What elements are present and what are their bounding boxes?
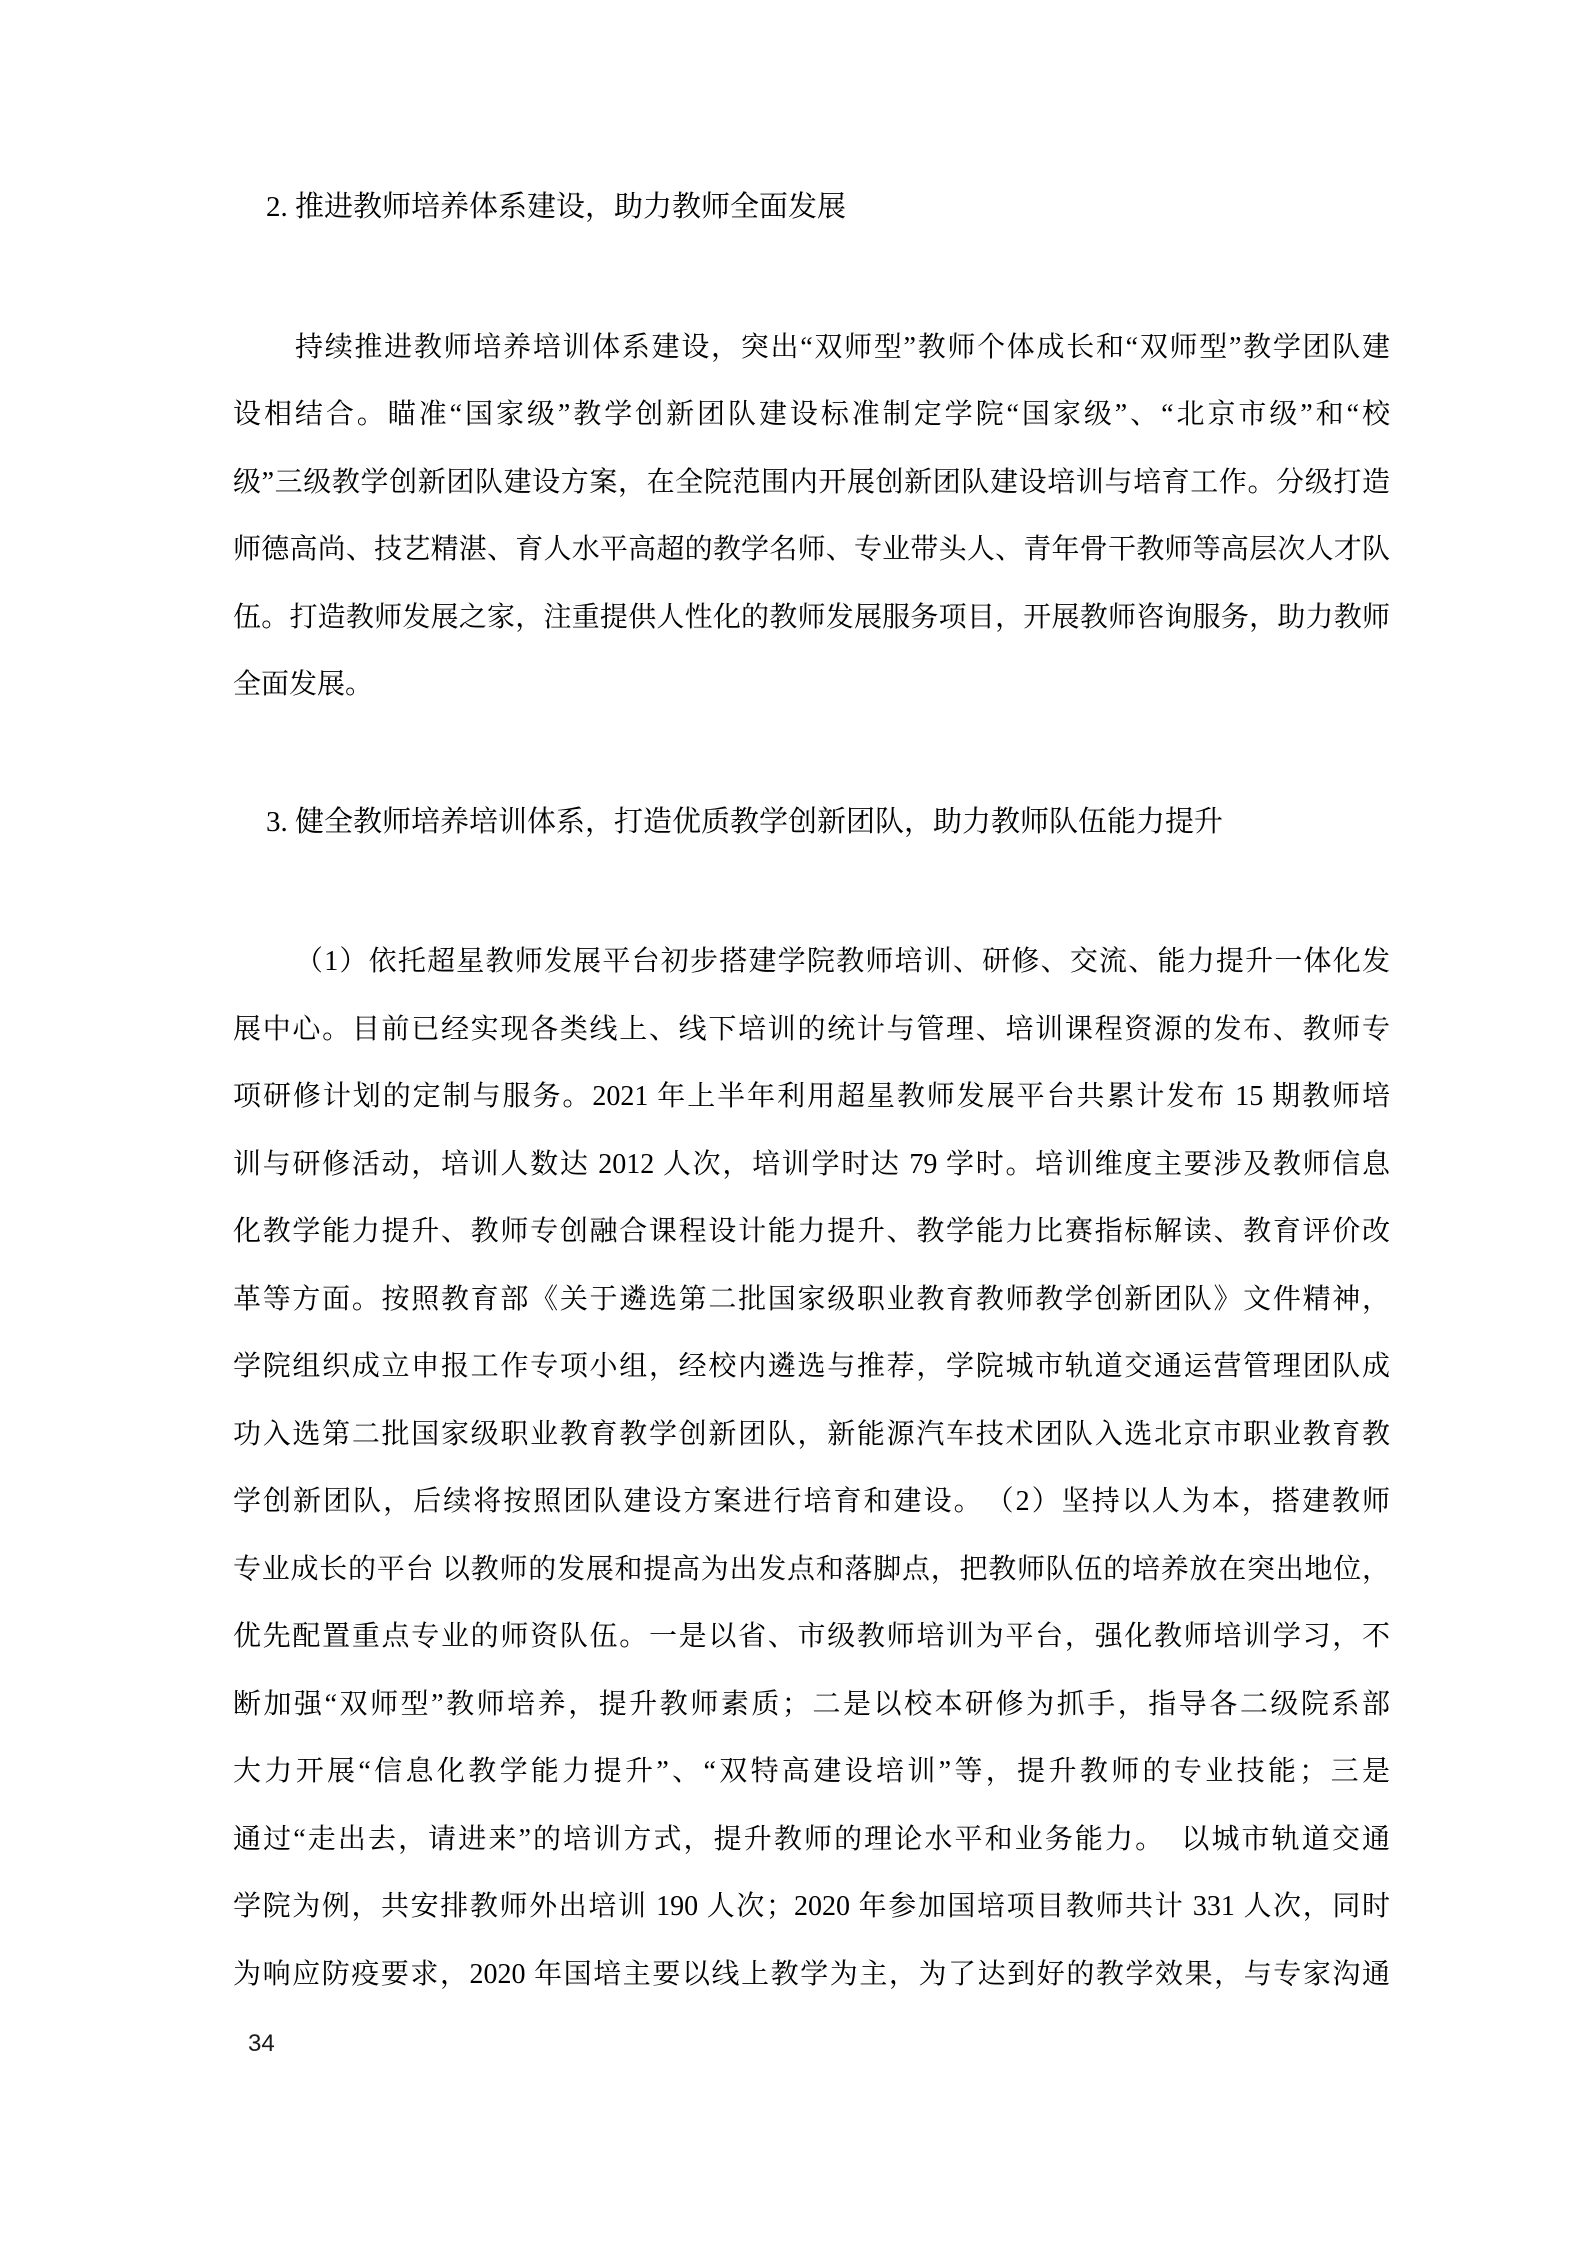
paragraph-line: 训与研修活动，培训人数达 2012 人次，培训学时达 79 学时。培训维度主要涉… — [233, 1131, 1390, 1199]
paragraph-line: 项研修计划的定制与服务。2021 年上半年利用超星教师发展平台共累计发布 15 … — [233, 1063, 1390, 1131]
paragraph-line: 伍。打造教师发展之家，注重提供人性化的教师发展服务项目，开展教师咨询服务，助力教… — [233, 584, 1390, 652]
document-page: 2. 推进教师培养体系建设，助力教师全面发展持续推进教师培养培训体系建设，突出“… — [0, 0, 1587, 2245]
paragraph-line: 级”三级教学创新团队建设方案，在全院范围内开展创新团队建设培训与培育工作。分级打… — [233, 449, 1390, 517]
paragraph: （1）依托超星教师发展平台初步搭建学院教师培训、研修、交流、能力提升一体化发展中… — [233, 928, 1390, 2008]
paragraph-line: 设相结合。瞄准“国家级”教学创新团队建设标准制定学院“国家级”、“北京市级”和“… — [233, 381, 1390, 449]
paragraph-line: 断加强“双师型”教师培养，提升教师素质；二是以校本研修为抓手，指导各二级院系部 — [233, 1671, 1390, 1739]
document-body: 2. 推进教师培养体系建设，助力教师全面发展持续推进教师培养培训体系建设，突出“… — [233, 174, 1390, 2078]
paragraph-line: 师德高尚、技艺精湛、育人水平高超的教学名师、专业带头人、青年骨干教师等高层次人才… — [233, 516, 1390, 584]
paragraph: 持续推进教师培养培训体系建设，突出“双师型”教师个体成长和“双师型”教学团队建设… — [233, 314, 1390, 719]
paragraph-line: 为响应防疫要求，2020 年国培主要以线上教学为主，为了达到好的教学效果，与专家… — [233, 1941, 1390, 2009]
paragraph-line: 大力开展“信息化教学能力提升”、“双特高建设培训”等，提升教师的专业技能；三是 — [233, 1738, 1390, 1806]
paragraph-line: 功入选第二批国家级职业教育教学创新团队，新能源汽车技术团队入选北京市职业教育教 — [233, 1401, 1390, 1469]
paragraph-line: 学创新团队，后续将按照团队建设方案进行培育和建设。 （2）坚持以人为本，搭建教师 — [233, 1468, 1390, 1536]
paragraph-line: 展中心。目前已经实现各类线上、线下培训的统计与管理、培训课程资源的发布、教师专 — [233, 996, 1390, 1064]
section-heading: 2. 推进教师培养体系建设，助力教师全面发展 — [233, 174, 1390, 242]
paragraph-line: 化教学能力提升、教师专创融合课程设计能力提升、教学能力比赛指标解读、教育评价改 — [233, 1198, 1390, 1266]
paragraph-line: 持续推进教师培养培训体系建设，突出“双师型”教师个体成长和“双师型”教学团队建 — [233, 314, 1390, 382]
section-heading: 3. 健全教师培养培训体系，打造优质教学创新团队，助力教师队伍能力提升 — [233, 789, 1390, 857]
paragraph-line: 革等方面。按照教育部《关于遴选第二批国家级职业教育教师教学创新团队》文件精神， — [233, 1266, 1390, 1334]
paragraph-line: 学院组织成立申报工作专项小组，经校内遴选与推荐，学院城市轨道交通运营管理团队成 — [233, 1333, 1390, 1401]
paragraph-line: （1）依托超星教师发展平台初步搭建学院教师培训、研修、交流、能力提升一体化发 — [233, 928, 1390, 996]
paragraph-line: 优先配置重点专业的师资队伍。一是以省、市级教师培训为平台，强化教师培训学习，不 — [233, 1603, 1390, 1671]
paragraph-line: 全面发展。 — [233, 651, 1390, 719]
page-number: 34 — [248, 2030, 275, 2058]
paragraph-line: 学院为例，共安排教师外出培训 190 人次；2020 年参加国培项目教师共计 3… — [233, 1873, 1390, 1941]
paragraph-line: 通过“走出去，请进来”的培训方式，提升教师的理论水平和业务能力。 以城市轨道交通 — [233, 1806, 1390, 1874]
paragraph-line: 专业成长的平台 以教师的发展和提高为出发点和落脚点，把教师队伍的培养放在突出地位… — [233, 1536, 1390, 1604]
